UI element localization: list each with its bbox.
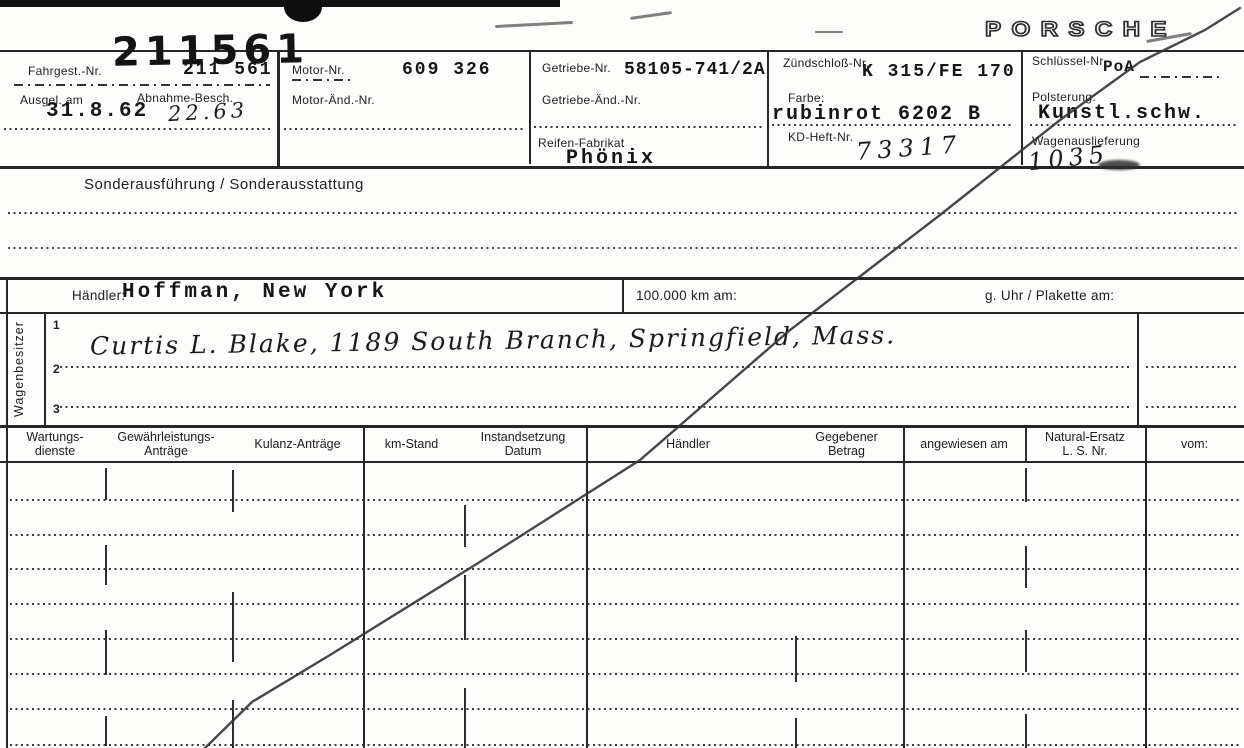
pen-cancellation-line xyxy=(0,0,1244,748)
ignition-lock-value: K 315/FE 170 xyxy=(862,62,1016,82)
porsche-kardex-card: PORSCHE 211561 Fahrgest.-Nr. 211 561 Aus… xyxy=(0,0,1244,748)
gearbox-number-value: 58105-741/2A xyxy=(624,60,766,80)
